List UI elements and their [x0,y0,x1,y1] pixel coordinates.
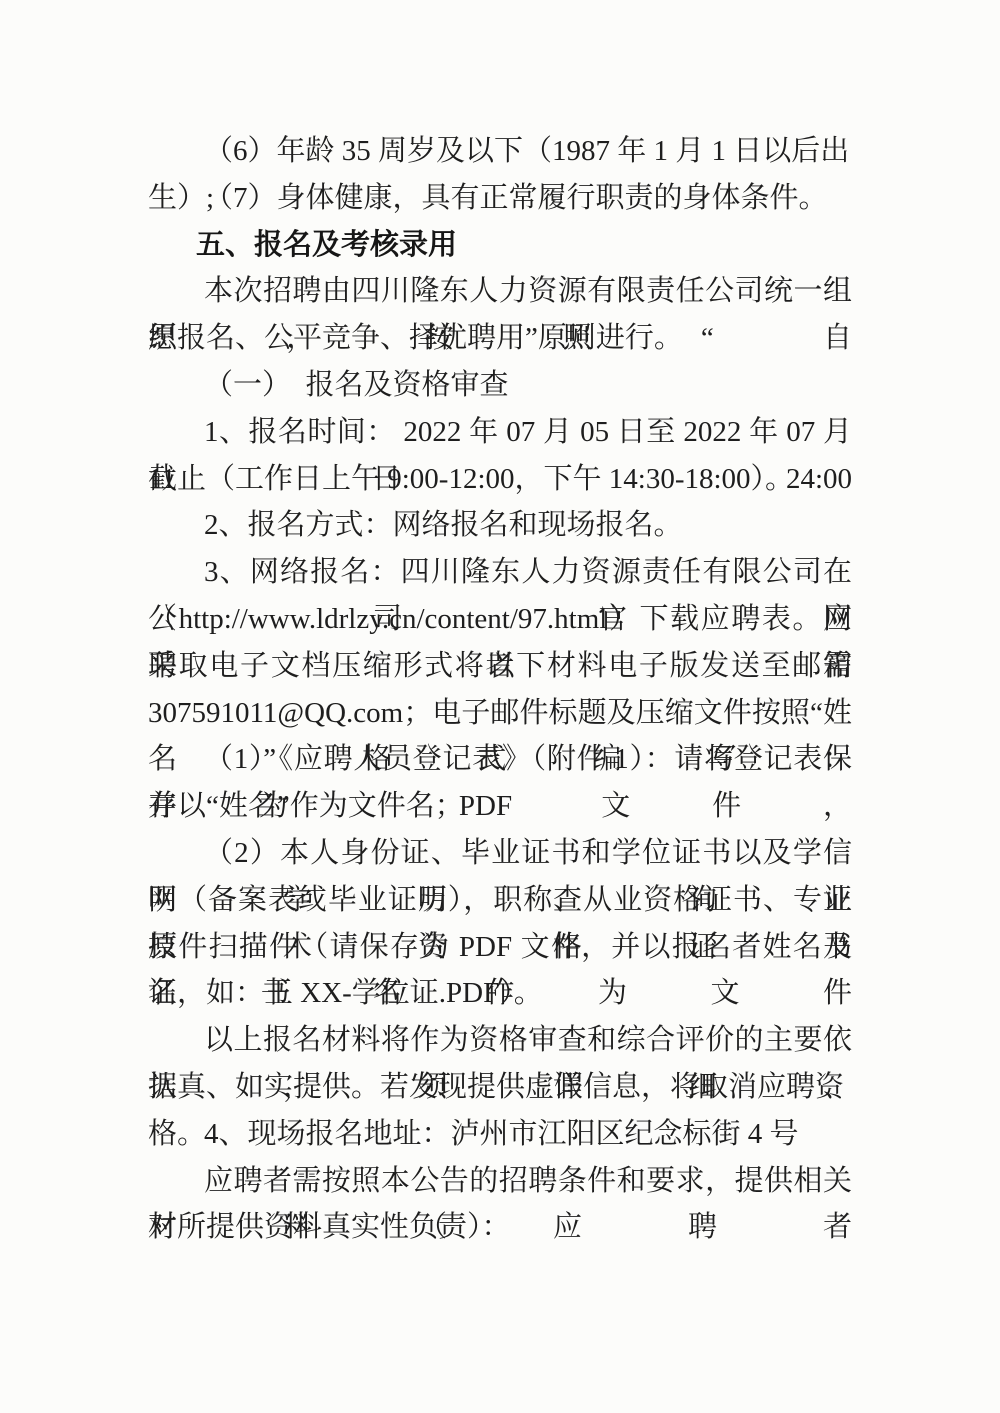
document-page: { "page": { "background_color": "#fcfcfa… [0,0,1000,1413]
section-heading: 五、报名及考核录用 [148,222,852,269]
online-signup-line-3: 采取电子文档压缩形式将以下材料电子版发送至邮箱 [148,643,852,690]
material-2-line-2: 明（备案表或毕业证明），职称、从业资格证书、专业技术资格证书 [148,877,852,924]
signup-method-line: 2、报名方式：网络报名和现场报名。 [148,502,852,549]
materials-note-line-2: 认真、如实提供。若发现提供虚假信息，将取消应聘资格。 [148,1064,852,1111]
requirement-7: （7）身体健康，具有正常履行职责的身体条件。 [148,175,852,222]
intro-paragraph-line-1: 本次招聘由四川隆东人力资源有限责任公司统一组织，按照“自 [148,268,852,315]
document-text-block: （6）年龄 35 周岁及以下（1987 年 1 月 1 日以后出生）; （7）身… [148,128,852,1251]
requirement-6: （6）年龄 35 周岁及以下（1987 年 1 月 1 日以后出生）; [148,128,852,175]
onsite-signup-address-line: 4、现场报名地址：泸州市江阳区纪念标街 4 号 [148,1111,852,1158]
materials-note-line-1: 以上报名材料将作为资格审查和综合评价的主要依据，须详细、 [148,1017,852,1064]
signup-time-line-2: 截止（工作日上午 9:00-12:00，下午 14:30-18:00）。 [148,456,852,503]
material-1-line-1: （1）《应聘人员登记表》（附件 1）：请将登记表保存为 PDF 文件， [148,736,852,783]
online-signup-line-4-email: 307591011@QQ.com；电子邮件标题及压缩文件按照“姓名”格式编写： [148,690,852,737]
subsection-heading: （一） 报名及资格审查 [148,362,852,409]
material-2-line-1: （2）本人身份证、毕业证书和学位证书以及学信网学历查询证 [148,830,852,877]
materials-requirement-line-1: 应聘者需按照本公告的招聘条件和要求，提供相关材料（应聘者 [148,1158,852,1205]
signup-time-line-1: 1、报名时间： 2022 年 07 月 05 日至 2022 年 07 月 11… [148,409,852,456]
material-2-line-3: 原件扫描件（请保存为 PDF 文件，并以报名者姓名及证书名作为文件 [148,924,852,971]
online-signup-line-1: 3、网络报名：四川隆东人力资源责任有限公司在公司官网 [148,549,852,596]
online-signup-line-2-url: （http://www.ldrlzy.cn/content/97.html）下载… [148,596,852,643]
